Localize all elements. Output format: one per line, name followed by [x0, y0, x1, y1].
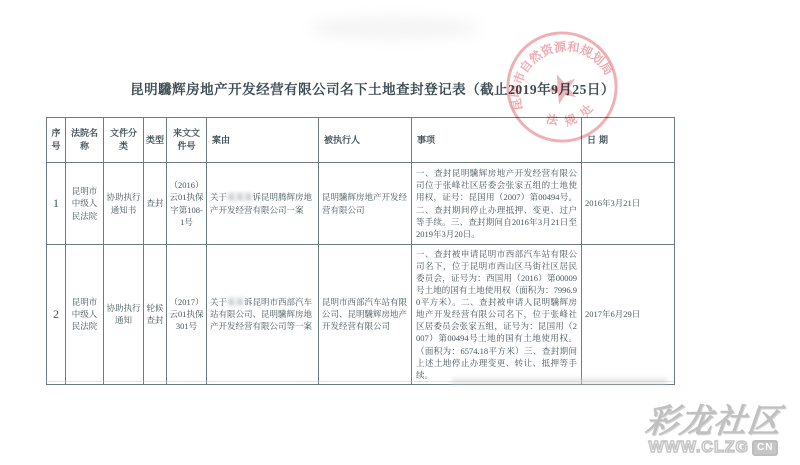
- executee-cell: 昆明驣辉房地产开发经营有限公司: [319, 163, 412, 245]
- col-header-court: 法院名称: [66, 118, 104, 163]
- watermark-url: WWW.CLZG CN: [631, 439, 796, 457]
- watermark-cn-badge: CN: [752, 440, 778, 456]
- doc-class-cell: 协助执行通知: [104, 245, 144, 385]
- case-cell: 关于某某某诉昆明腾辉房地产开发经营有限公司一案: [207, 163, 319, 245]
- col-header-executee: 被执行人: [319, 118, 412, 163]
- matters-cell: 一、查封被申请昆明市西部汽车站有限公司名下，位于昆明市西山区马街社区居民委员会，…: [412, 245, 582, 385]
- case-prefix: 关于: [210, 297, 227, 307]
- scan-ghost-text: [452, 378, 667, 385]
- col-header-case: 案由: [207, 118, 319, 163]
- doc-no-cell: （2017）云01执保301号: [167, 245, 207, 385]
- redacted-name: 某某: [227, 297, 244, 307]
- site-watermark: 彩龙社区 WWW.CLZG CN: [631, 404, 796, 457]
- type-cell: 轮候查封: [144, 245, 167, 385]
- col-header-date: 日期: [582, 118, 675, 163]
- date-cell: 2016年3月21日: [582, 163, 675, 245]
- doc-no-cell: （2016）云01执保字第108-1号: [167, 163, 207, 245]
- col-header-doc-no: 来文文件号: [167, 118, 207, 163]
- col-header-index: 序号: [47, 118, 66, 163]
- land-seal-registry-table: 序号 法院名称 文件分类 类型 来文文件号 案由 被执行人 事项 日期 1 昆明…: [46, 117, 675, 385]
- redacted-name: 某某某: [227, 192, 253, 202]
- scanned-document-page: 昆明驣辉房地产开发经营有限公司名下土地查封登记表（截止2019年9月25日） 序…: [0, 0, 800, 465]
- doc-class-cell: 协助执行通知书: [104, 163, 144, 245]
- svg-text:昆明市自然资源和规划局: 昆明市自然资源和规划局: [491, 22, 617, 115]
- col-header-matters: 事项: [412, 118, 582, 163]
- page-title: 昆明驣辉房地产开发经营有限公司名下土地查封登记表（截止2019年9月25日）: [0, 78, 745, 98]
- date-cell: 2017年6月29日: [582, 245, 675, 385]
- court-cell: 昆明市中级人民法院: [66, 163, 104, 245]
- row-index: 2: [47, 245, 66, 385]
- table-row: 1 昆明市中级人民法院 协助执行通知书 查封 （2016）云01执保字第108-…: [47, 163, 675, 245]
- executee-cell: 昆明市西部汽车站有限公司、昆明驣辉房地产开发经营有限公司: [319, 245, 412, 385]
- scan-smudge: [310, 16, 480, 40]
- col-header-type: 类型: [144, 118, 167, 163]
- court-cell: 昆明市中级人民法院: [66, 245, 104, 385]
- type-cell: 查封: [144, 163, 167, 245]
- table-row: 2 昆明市中级人民法院 协助执行通知 轮候查封 （2017）云01执保301号 …: [47, 245, 675, 385]
- watermark-url-text: WWW.CLZG: [649, 439, 749, 457]
- case-prefix: 关于: [210, 192, 227, 202]
- row-index: 1: [47, 163, 66, 245]
- watermark-site-name: 彩龙社区: [629, 404, 797, 437]
- table-header-row: 序号 法院名称 文件分类 类型 来文文件号 案由 被执行人 事项 日期: [47, 118, 675, 163]
- matters-cell: 一、查封昆明驣辉房地产开发经营有限公司位于张峰社区居委会张家五组的土地使用权，证…: [412, 163, 582, 245]
- case-cell: 关于某某诉昆明市西部汽车站有限公司、昆明驣辉房地产开发经营有限公司等一案: [207, 245, 319, 385]
- col-header-doc-class: 文件分类: [104, 118, 144, 163]
- stamp-arc-text: 昆明市自然资源和规划局: [491, 22, 617, 115]
